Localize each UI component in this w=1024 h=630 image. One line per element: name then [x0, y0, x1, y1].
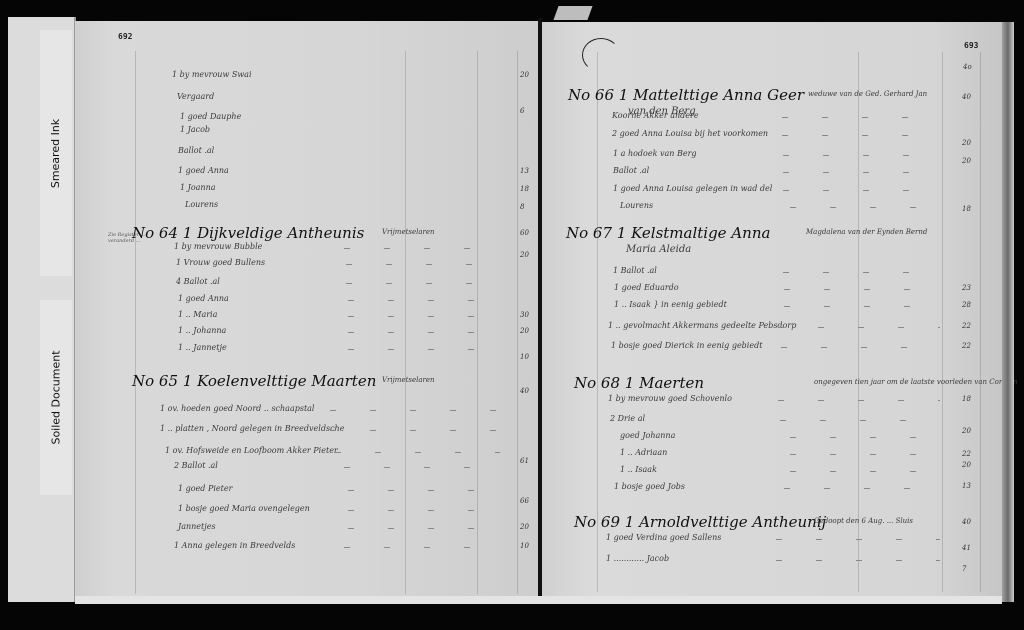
ledger-line-item: Koorne Akker andere	[612, 111, 699, 120]
ledger-amount: 40	[520, 387, 529, 395]
ledger-line-item: 1 by mevrouw goed Schovenlo	[608, 394, 732, 403]
dotted-leader	[784, 306, 940, 307]
ledger-rule	[858, 52, 859, 592]
ledger-amount: 18	[962, 205, 971, 213]
dotted-leader	[348, 316, 500, 317]
dotted-leader	[346, 283, 500, 284]
ledger-entry-header: No 69 1 Arnoldvelttige Antheunij	[574, 513, 826, 531]
ledger-entry-note: ongegeven tien jaar om de laatste voorle…	[814, 378, 1018, 386]
ledger-amount: 20	[520, 523, 529, 531]
ledger-entry-note: Vrijmetselaren	[382, 376, 435, 384]
dotted-leader	[782, 117, 940, 118]
dotted-leader	[776, 560, 940, 561]
ledger-line-item: 1 Jacob	[180, 125, 210, 134]
ledger-line-item: 1 goed Verdina goed Sallens	[606, 533, 721, 542]
ledger-line-item: 1 .. gevolmacht Akkermans gedeelte Pebsd…	[608, 321, 796, 330]
ledger-amount: 20	[520, 251, 529, 259]
ledger-line-item: Lourens	[620, 201, 653, 210]
ledger-amount: 30	[520, 311, 529, 319]
ledger-line-item: 1 .. Isaak } in eenig gebiedt	[614, 300, 727, 309]
dotted-leader	[783, 272, 940, 273]
ledger-line-item: 1 a hodoek van Berg	[613, 149, 697, 158]
ledger-amount: 8	[520, 203, 524, 211]
dotted-leader	[783, 190, 940, 191]
ledger-line-item: 1 .. Maria	[178, 310, 217, 319]
ledger-entry-note: weduwe van de Ged. Gerhard Jan	[808, 90, 927, 98]
ledger-line-item: Lourens	[185, 200, 218, 209]
ledger-amount: 60	[520, 229, 529, 237]
ledger-line-item: 1 goed Anna Louisa gelegen in wad del	[613, 184, 772, 193]
ledger-line-item: 1 .. Isaak	[620, 465, 657, 474]
dotted-leader	[348, 528, 500, 529]
dotted-leader	[790, 207, 940, 208]
ledger-line-item: 4 Ballot .al	[176, 277, 220, 286]
ledger-entry-header: No 65 1 Koelenvelttige Maarten	[132, 372, 376, 390]
ledger-amount: 7	[962, 565, 966, 573]
ledger-amount: 61	[520, 457, 529, 465]
flourish-decoration	[582, 38, 620, 72]
ledger-line-item: 1 ............ Jacob	[606, 554, 669, 563]
dotted-leader	[790, 471, 940, 472]
ledger-line-item: 1 bosje goed Maria ovengelegen	[178, 504, 310, 513]
ledger-rule	[517, 51, 518, 594]
ledger-entry-note: Vrijmetselaren	[382, 228, 435, 236]
ledger-entry-header: No 64 1 Dijkveldige Antheunis	[132, 224, 364, 242]
ledger-amount: 20	[520, 327, 529, 335]
ledger-amount: 20	[520, 71, 529, 79]
dotted-leader	[348, 332, 500, 333]
ledger-line-item: 1 .. platten , Noord gelegen in Breedvel…	[160, 424, 344, 433]
ledger-amount: 20	[962, 157, 971, 165]
ledger-amount: 23	[962, 284, 971, 292]
dotted-leader	[781, 347, 940, 348]
ledger-amount: 13	[962, 482, 971, 490]
right-page-number: 693	[964, 41, 978, 50]
left-page-number: 692	[118, 32, 132, 41]
ledger-amount: 40	[962, 518, 971, 526]
ledger-line-item: 1 by mevrouw Bubble	[174, 242, 262, 251]
ledger-line-item: 1 Ballot .al	[613, 266, 657, 275]
ledger-amount: 66	[520, 497, 529, 505]
dotted-leader	[348, 490, 500, 491]
tag-smeared-ink[interactable]: Smeared Ink	[40, 30, 72, 276]
dotted-leader	[782, 135, 940, 136]
ledger-line-item: 2 Drie al	[610, 414, 645, 423]
ledger-line-item: 1 ov. hoeden goed Noord .. schaapstal	[160, 404, 315, 413]
ledger-amount: 20	[962, 461, 971, 469]
dotted-leader	[348, 510, 500, 511]
ledger-line-item: 1 .. Adriaan	[620, 448, 667, 457]
ledger-rule	[477, 51, 478, 594]
ledger-amount: 22	[962, 450, 971, 458]
ledger-amount: 10	[520, 542, 529, 550]
document-viewer: Smeared Ink Soiled Document 692 Zie Regi…	[0, 0, 1024, 630]
ledger-line-item: 1 Joanna	[180, 183, 216, 192]
ledger-rule	[135, 51, 136, 594]
ledger-line-item: 1 goed Anna	[178, 294, 229, 303]
dotted-leader	[784, 488, 940, 489]
ledger-amount: 22	[962, 342, 971, 350]
ledger-rule	[980, 52, 981, 592]
ledger-line-item: 1 Vrouw goed Bullens	[176, 258, 265, 267]
dotted-leader	[330, 410, 500, 411]
ledger-rule	[597, 52, 598, 592]
dotted-leader	[335, 452, 500, 453]
ledger-entry-header: No 67 1 Kelstmaltige Anna	[566, 224, 770, 242]
ledger-line-item: 1 .. Jannetje	[178, 343, 227, 352]
paper-clip	[553, 6, 592, 20]
dotted-leader	[346, 264, 500, 265]
ledger-amount: 22	[962, 322, 971, 330]
ledger-amount: 20	[962, 139, 971, 147]
ledger-amount: 10	[520, 353, 529, 361]
tag-label: Smeared Ink	[50, 118, 63, 187]
ledger-line-item: 1 Anna gelegen in Breedvelds	[174, 541, 295, 550]
ledger-amount: 40	[962, 93, 971, 101]
dotted-leader	[778, 327, 940, 328]
page-edge	[1002, 22, 1014, 602]
ledger-entry-header: No 66 1 Mattelttige Anna Geer	[568, 86, 804, 104]
ledger-line-item: 1 goed Pieter	[178, 484, 232, 493]
ledger-entry-header: No 68 1 Maerten	[574, 374, 704, 392]
dotted-leader	[344, 547, 500, 548]
left-page	[75, 21, 538, 604]
ledger-line-item: Jannetjes	[178, 522, 216, 531]
ledger-line-item: 1 goed Dauphe	[180, 112, 241, 121]
dotted-leader	[344, 248, 500, 249]
ledger-amount: 20	[962, 427, 971, 435]
corner-note: 4o	[963, 63, 972, 71]
ledger-amount: 41	[962, 544, 971, 552]
ledger-rule	[942, 52, 943, 592]
ledger-line-item: 1 bosje goed Dierick in eenig gebiedt	[611, 341, 762, 350]
dotted-leader	[348, 300, 500, 301]
dotted-leader	[790, 454, 940, 455]
ledger-line-item: Ballot .al	[613, 166, 649, 175]
tag-soiled-document[interactable]: Soiled Document	[40, 300, 72, 495]
ledger-entry-note: Magdalena van der Eynden Bernd	[806, 228, 927, 236]
page-bottom-edge	[75, 596, 1002, 604]
ledger-line-item: 2 Ballot .al	[174, 461, 218, 470]
dotted-leader	[776, 539, 940, 540]
ledger-line-item: 1 ov. Hofsweide en Loofboom Akker Pieter	[165, 446, 338, 455]
ledger-amount: 6	[520, 107, 524, 115]
dotted-leader	[348, 349, 500, 350]
dotted-leader	[778, 400, 940, 401]
ledger-line-item: 1 by mevrouw Swai	[172, 70, 252, 79]
ledger-amount: 18	[520, 185, 529, 193]
dotted-leader	[784, 289, 940, 290]
ledger-line-item: 1 bosje goed Jobs	[614, 482, 685, 491]
dotted-leader	[783, 155, 940, 156]
dotted-leader	[783, 172, 940, 173]
ledger-amount: 18	[962, 395, 971, 403]
ledger-amount: 13	[520, 167, 529, 175]
ledger-line-item: 1 goed Anna	[178, 166, 229, 175]
ledger-line-item: 1 .. Johanna	[178, 326, 226, 335]
dotted-leader	[344, 467, 500, 468]
tag-label: Soiled Document	[50, 350, 63, 444]
dotted-leader	[780, 420, 940, 421]
ledger-line-item: 1 goed Eduardo	[614, 283, 679, 292]
ledger-line-item: goed Johanna	[620, 431, 675, 440]
ledger-amount: 28	[962, 301, 971, 309]
ledger-entry-note: Gedoopt den 6 Aug. ... Sluis	[814, 517, 913, 525]
ledger-line-item: 2 goed Anna Louisa bij het voorkomen	[612, 129, 768, 138]
ledger-line-item: Ballot .al	[178, 146, 214, 155]
ledger-rule	[405, 51, 406, 594]
dotted-leader	[790, 437, 940, 438]
dotted-leader	[330, 430, 500, 431]
ledger-entry-subname: Maria Aleida	[626, 244, 691, 255]
ledger-line-item: Vergaard	[177, 92, 214, 101]
